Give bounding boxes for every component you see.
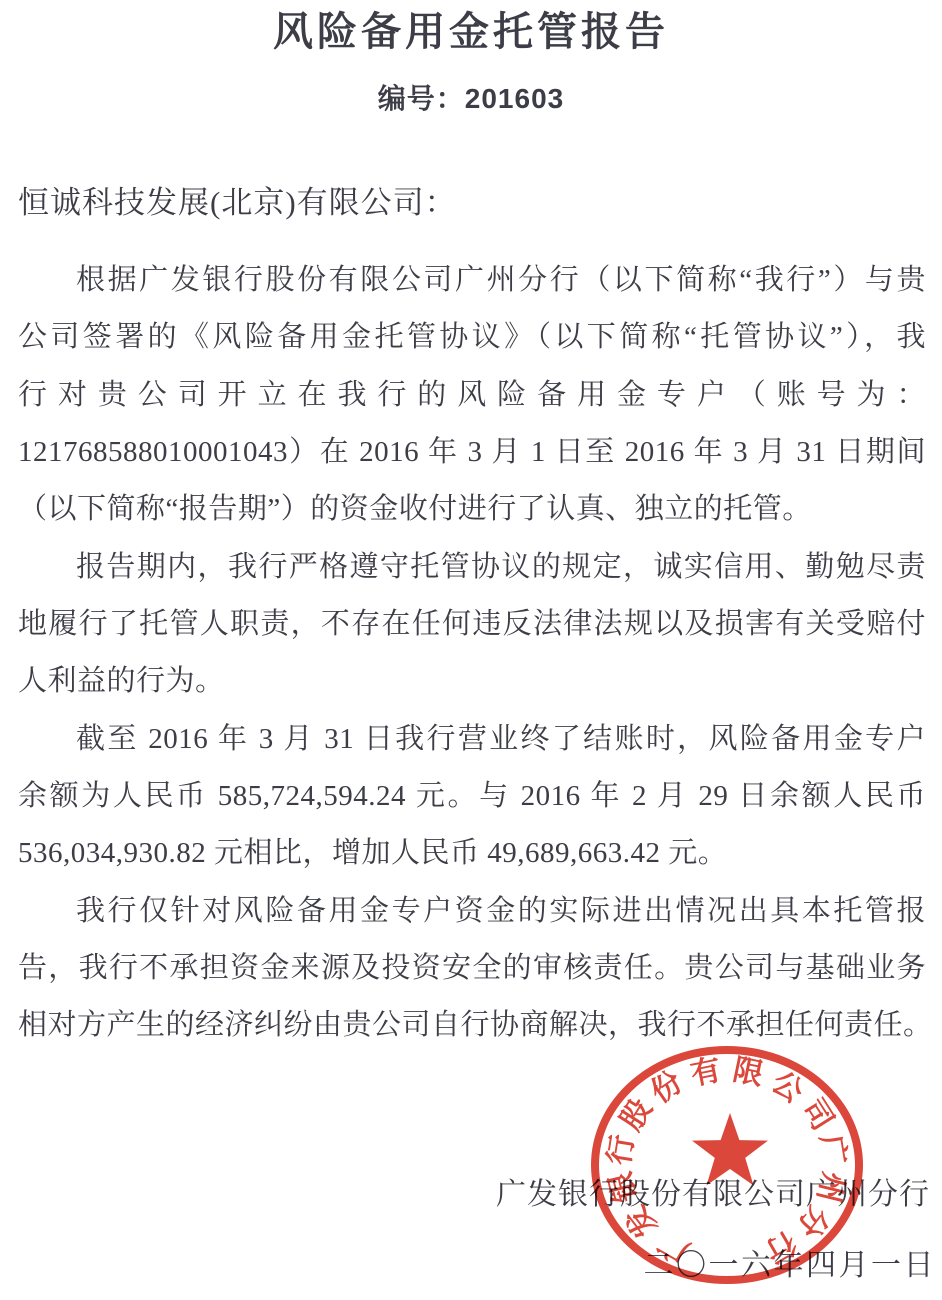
body-line: 报告期内，我行严格遵守托管协议的规定，诚实信用、勤勉尽责: [18, 539, 926, 596]
seal-char: 行: [605, 1133, 639, 1167]
body-line: 余额为人民币 585,724,594.24 元。与 2016 年 2 月 29 …: [18, 768, 926, 825]
seal-char: 限: [730, 1055, 765, 1090]
seal-char: 广: [814, 1133, 848, 1167]
body-line: 地履行了托管人职责，不存在任何违反法律法规以及损害有关受赔付: [18, 596, 926, 653]
addressee-line: 恒诚科技发展(北京)有限公司：: [18, 183, 457, 223]
body-line: 告，我行不承担资金来源及投资安全的审核责任。贵公司与基础业务: [18, 940, 926, 997]
body-line: 截至 2016 年 3 月 31 日我行营业终了结账时，风险备用金专户: [18, 711, 926, 768]
official-seal: 广发银行股份有限公司广州分行: [591, 1046, 863, 1284]
body-line: 536,034,930.82 元相比，增加人民币 49,689,663.42 元…: [18, 825, 926, 882]
seal-star-icon: [690, 1113, 770, 1186]
body-line: 121768588010001043）在 2016 年 3 月 1 日至 201…: [18, 424, 926, 481]
body-line: 我行仅针对风险备用金专户资金的实际进出情况出具本托管报: [18, 883, 926, 940]
page-title: 风险备用金托管报告: [0, 6, 942, 58]
body-line: 行对贵公司开立在我行的风险备用金专户（账号为：: [18, 367, 926, 424]
doc-number: 编号：201603: [0, 80, 942, 118]
body-text: 根据广发银行股份有限公司广州分行（以下简称“我行”）与贵公司签署的《风险备用金托…: [18, 252, 926, 1055]
body-line: 公司签署的《风险备用金托管协议》（以下简称“托管协议”），我: [18, 309, 926, 366]
body-line: 人利益的行为。: [18, 653, 926, 710]
seal-char: 有: [688, 1055, 723, 1090]
report-page: 风险备用金托管报告 编号：201603 恒诚科技发展(北京)有限公司： 根据广发…: [0, 0, 942, 1300]
body-line: （以下简称“报告期”）的资金收付进行了认真、独立的托管。: [18, 481, 926, 538]
body-line: 根据广发银行股份有限公司广州分行（以下简称“我行”）与贵: [18, 252, 926, 309]
